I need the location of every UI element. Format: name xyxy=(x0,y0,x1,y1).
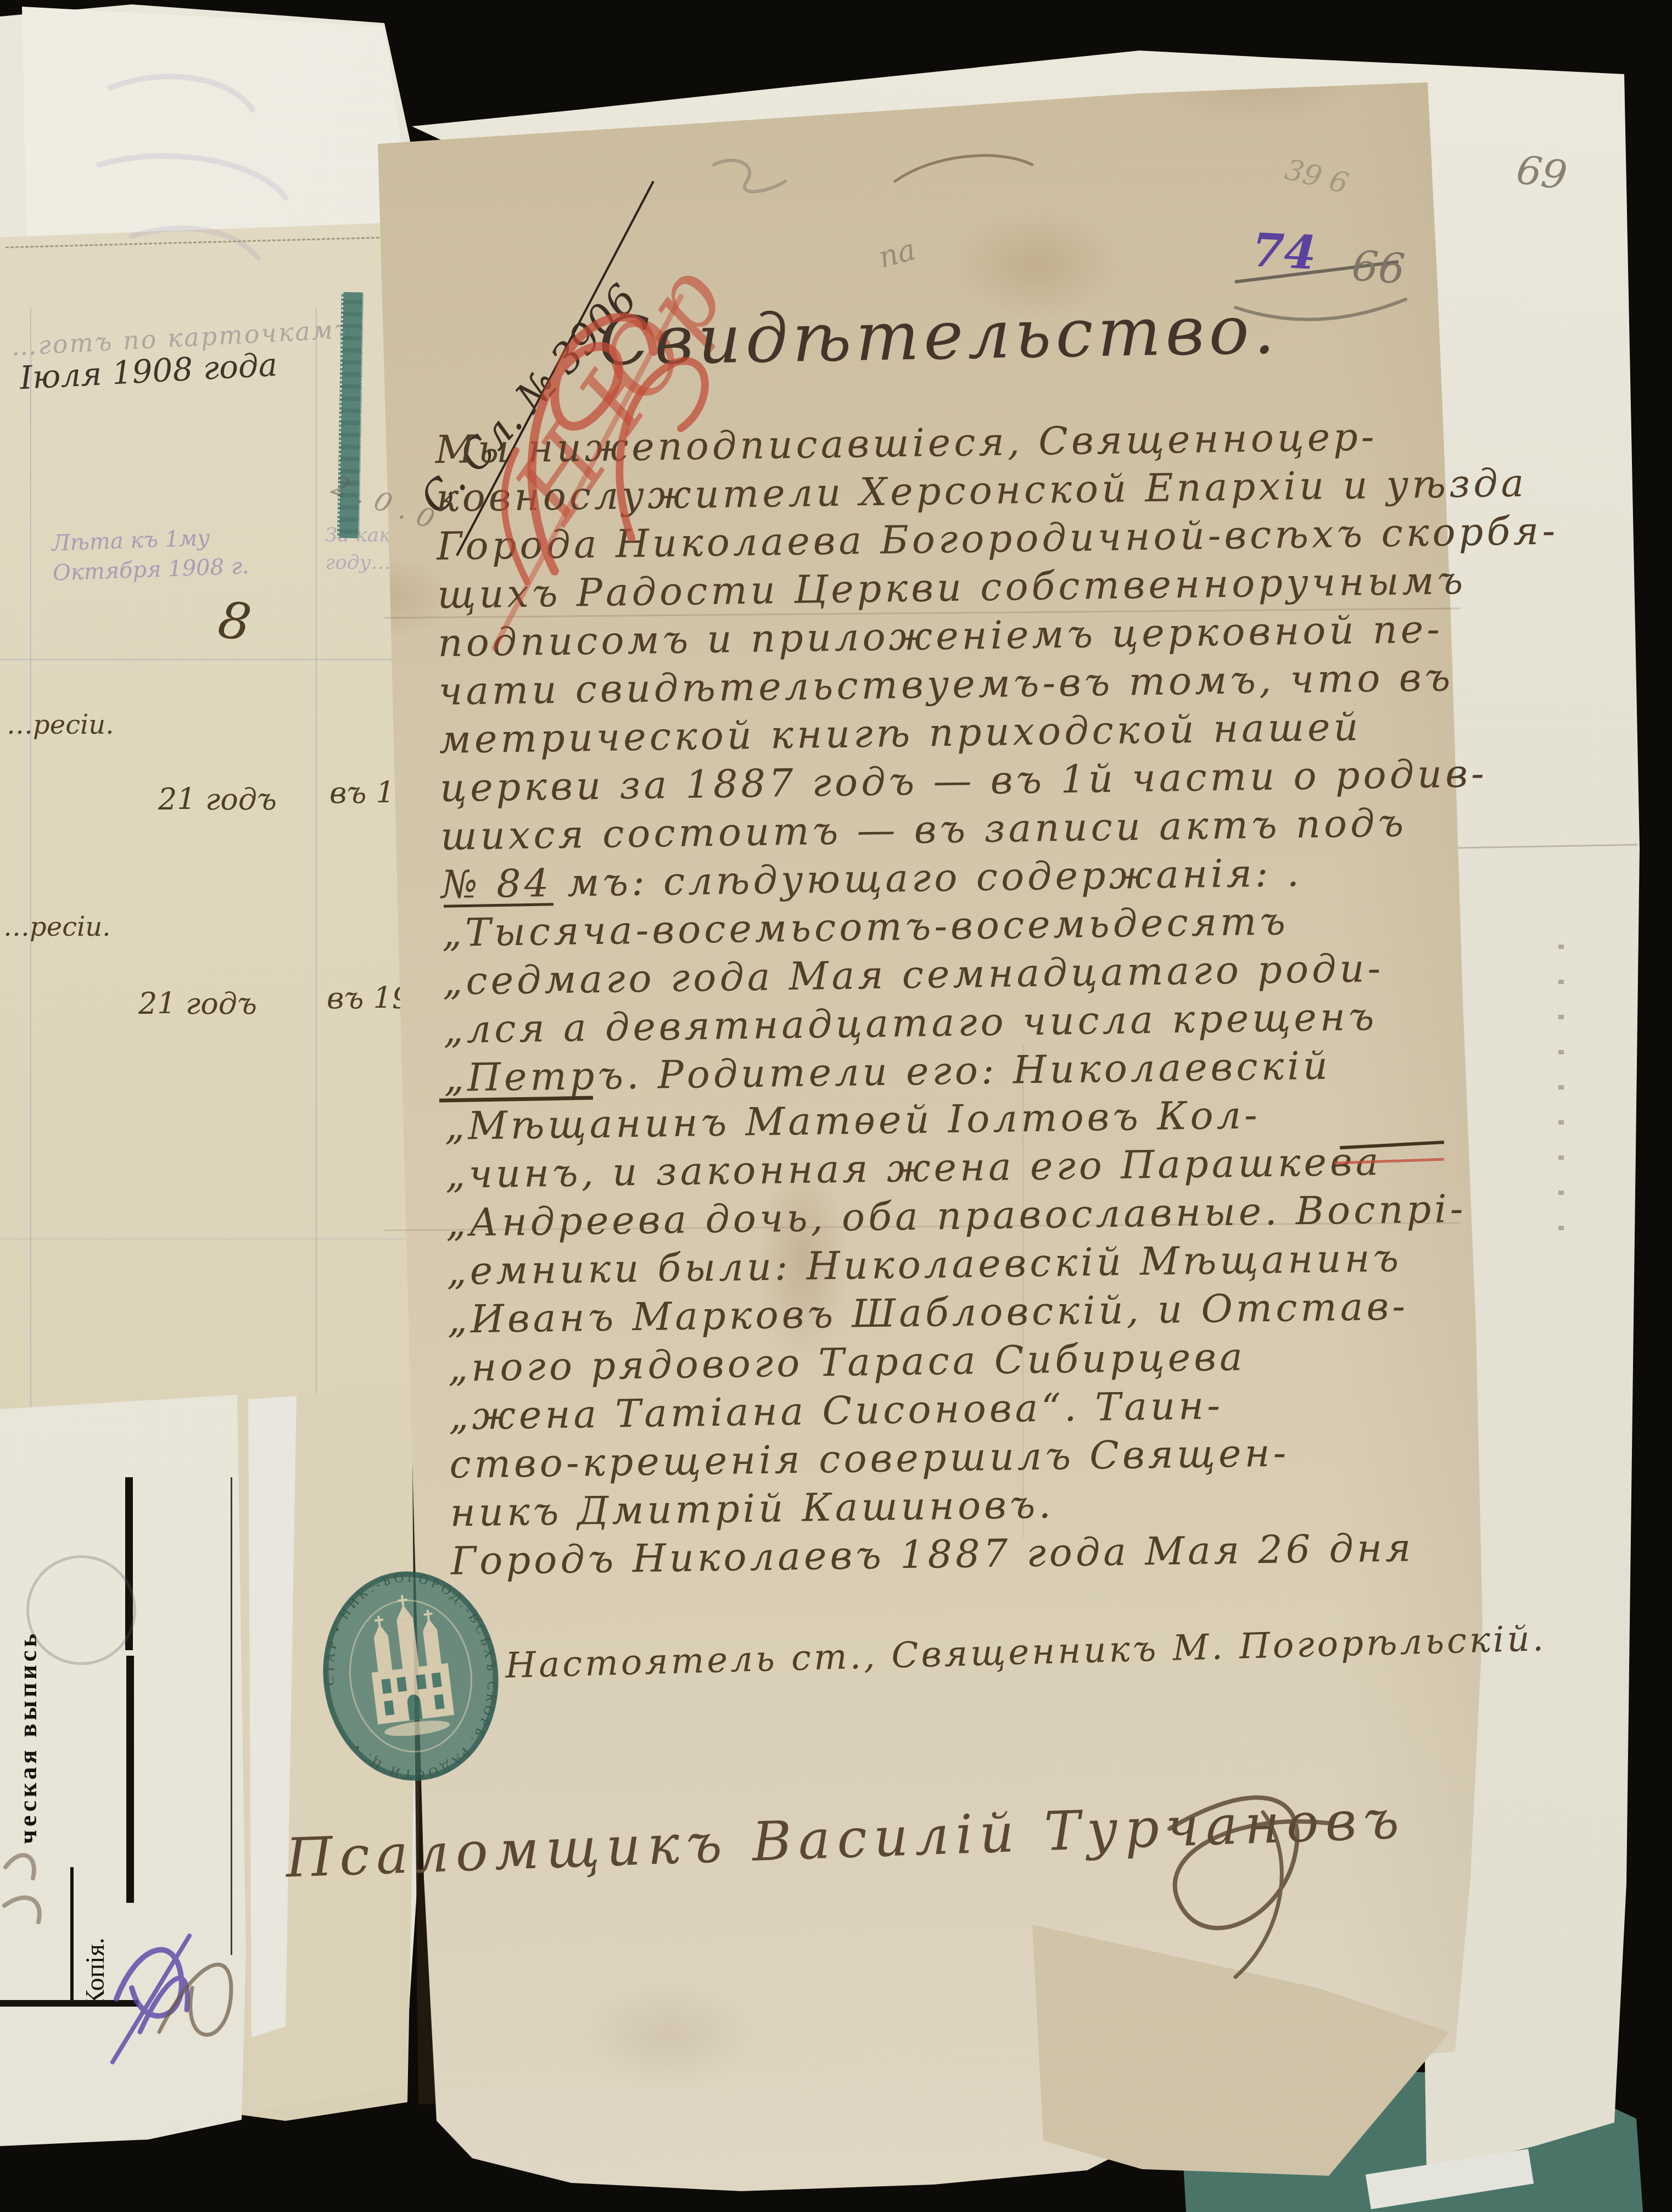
row-label: …ресіи. xyxy=(7,710,114,740)
form-rule-thin xyxy=(231,1477,232,1955)
table-grid-line xyxy=(30,308,31,1483)
table-grid-line xyxy=(0,1238,406,1239)
copy-underline xyxy=(70,1867,74,2004)
form-rule-corner xyxy=(0,2000,138,2007)
form-rule-thick xyxy=(126,1656,134,1903)
document-title: Свидѣтельство. xyxy=(592,291,1285,381)
copy-label: Копія. xyxy=(80,1864,110,2007)
table-grid-line xyxy=(316,308,317,1483)
folio-current: 66 xyxy=(1350,241,1407,294)
church-seal-stamp: СТАР • НИК.-БОГОРОД.-ВСѢХЪ СКОРБ. РАДОСТ… xyxy=(305,1556,517,1796)
document-body: Мы нижеподписавшіеся, Священноцер- ковно… xyxy=(435,410,1582,1585)
row-label: …ресіи. xyxy=(3,912,111,942)
archival-folio-number: 69 xyxy=(1514,146,1570,199)
year-entry: въ 19 xyxy=(327,981,411,1015)
archive-photo: …готъ по карточкамъ Іюля 1908 года Лѣта … xyxy=(0,0,1672,2212)
column-header-left: Лѣта къ 1му Октября 1908 г. xyxy=(51,520,295,588)
age-entry: 21 годъ xyxy=(138,986,257,1021)
printed-vertical-title: ческая выпись xyxy=(13,1482,42,1844)
age-entry: 21 годъ xyxy=(158,782,277,817)
